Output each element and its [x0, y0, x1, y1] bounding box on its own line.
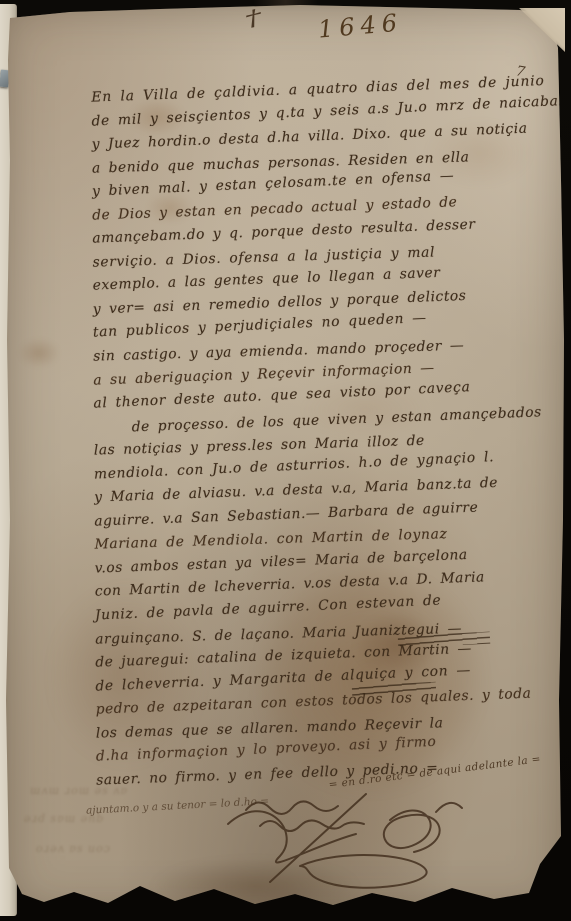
cross-mark: †: [242, 4, 264, 31]
manuscript-page: ɯʌɯ ɹoɯ ǝs ʌɐ ǝɹd sɐɯ ǝnb oɹǝʌ ɐs uoɔ † …: [0, 0, 571, 921]
manuscript-text: En la Villa de çaldivia. a quatro dias d…: [92, 86, 549, 796]
manuscript-photo: ɯʌɯ ɹoɯ ǝs ʌɐ ǝɹd sɐɯ ǝnb oɹǝʌ ɐs uoɔ † …: [0, 0, 571, 921]
stain: [18, 338, 60, 368]
signature-rubric: [208, 782, 508, 897]
ink-showthrough: oɹǝʌ ɐs uoɔ: [36, 842, 111, 855]
year-inscription: 1646: [317, 8, 404, 43]
